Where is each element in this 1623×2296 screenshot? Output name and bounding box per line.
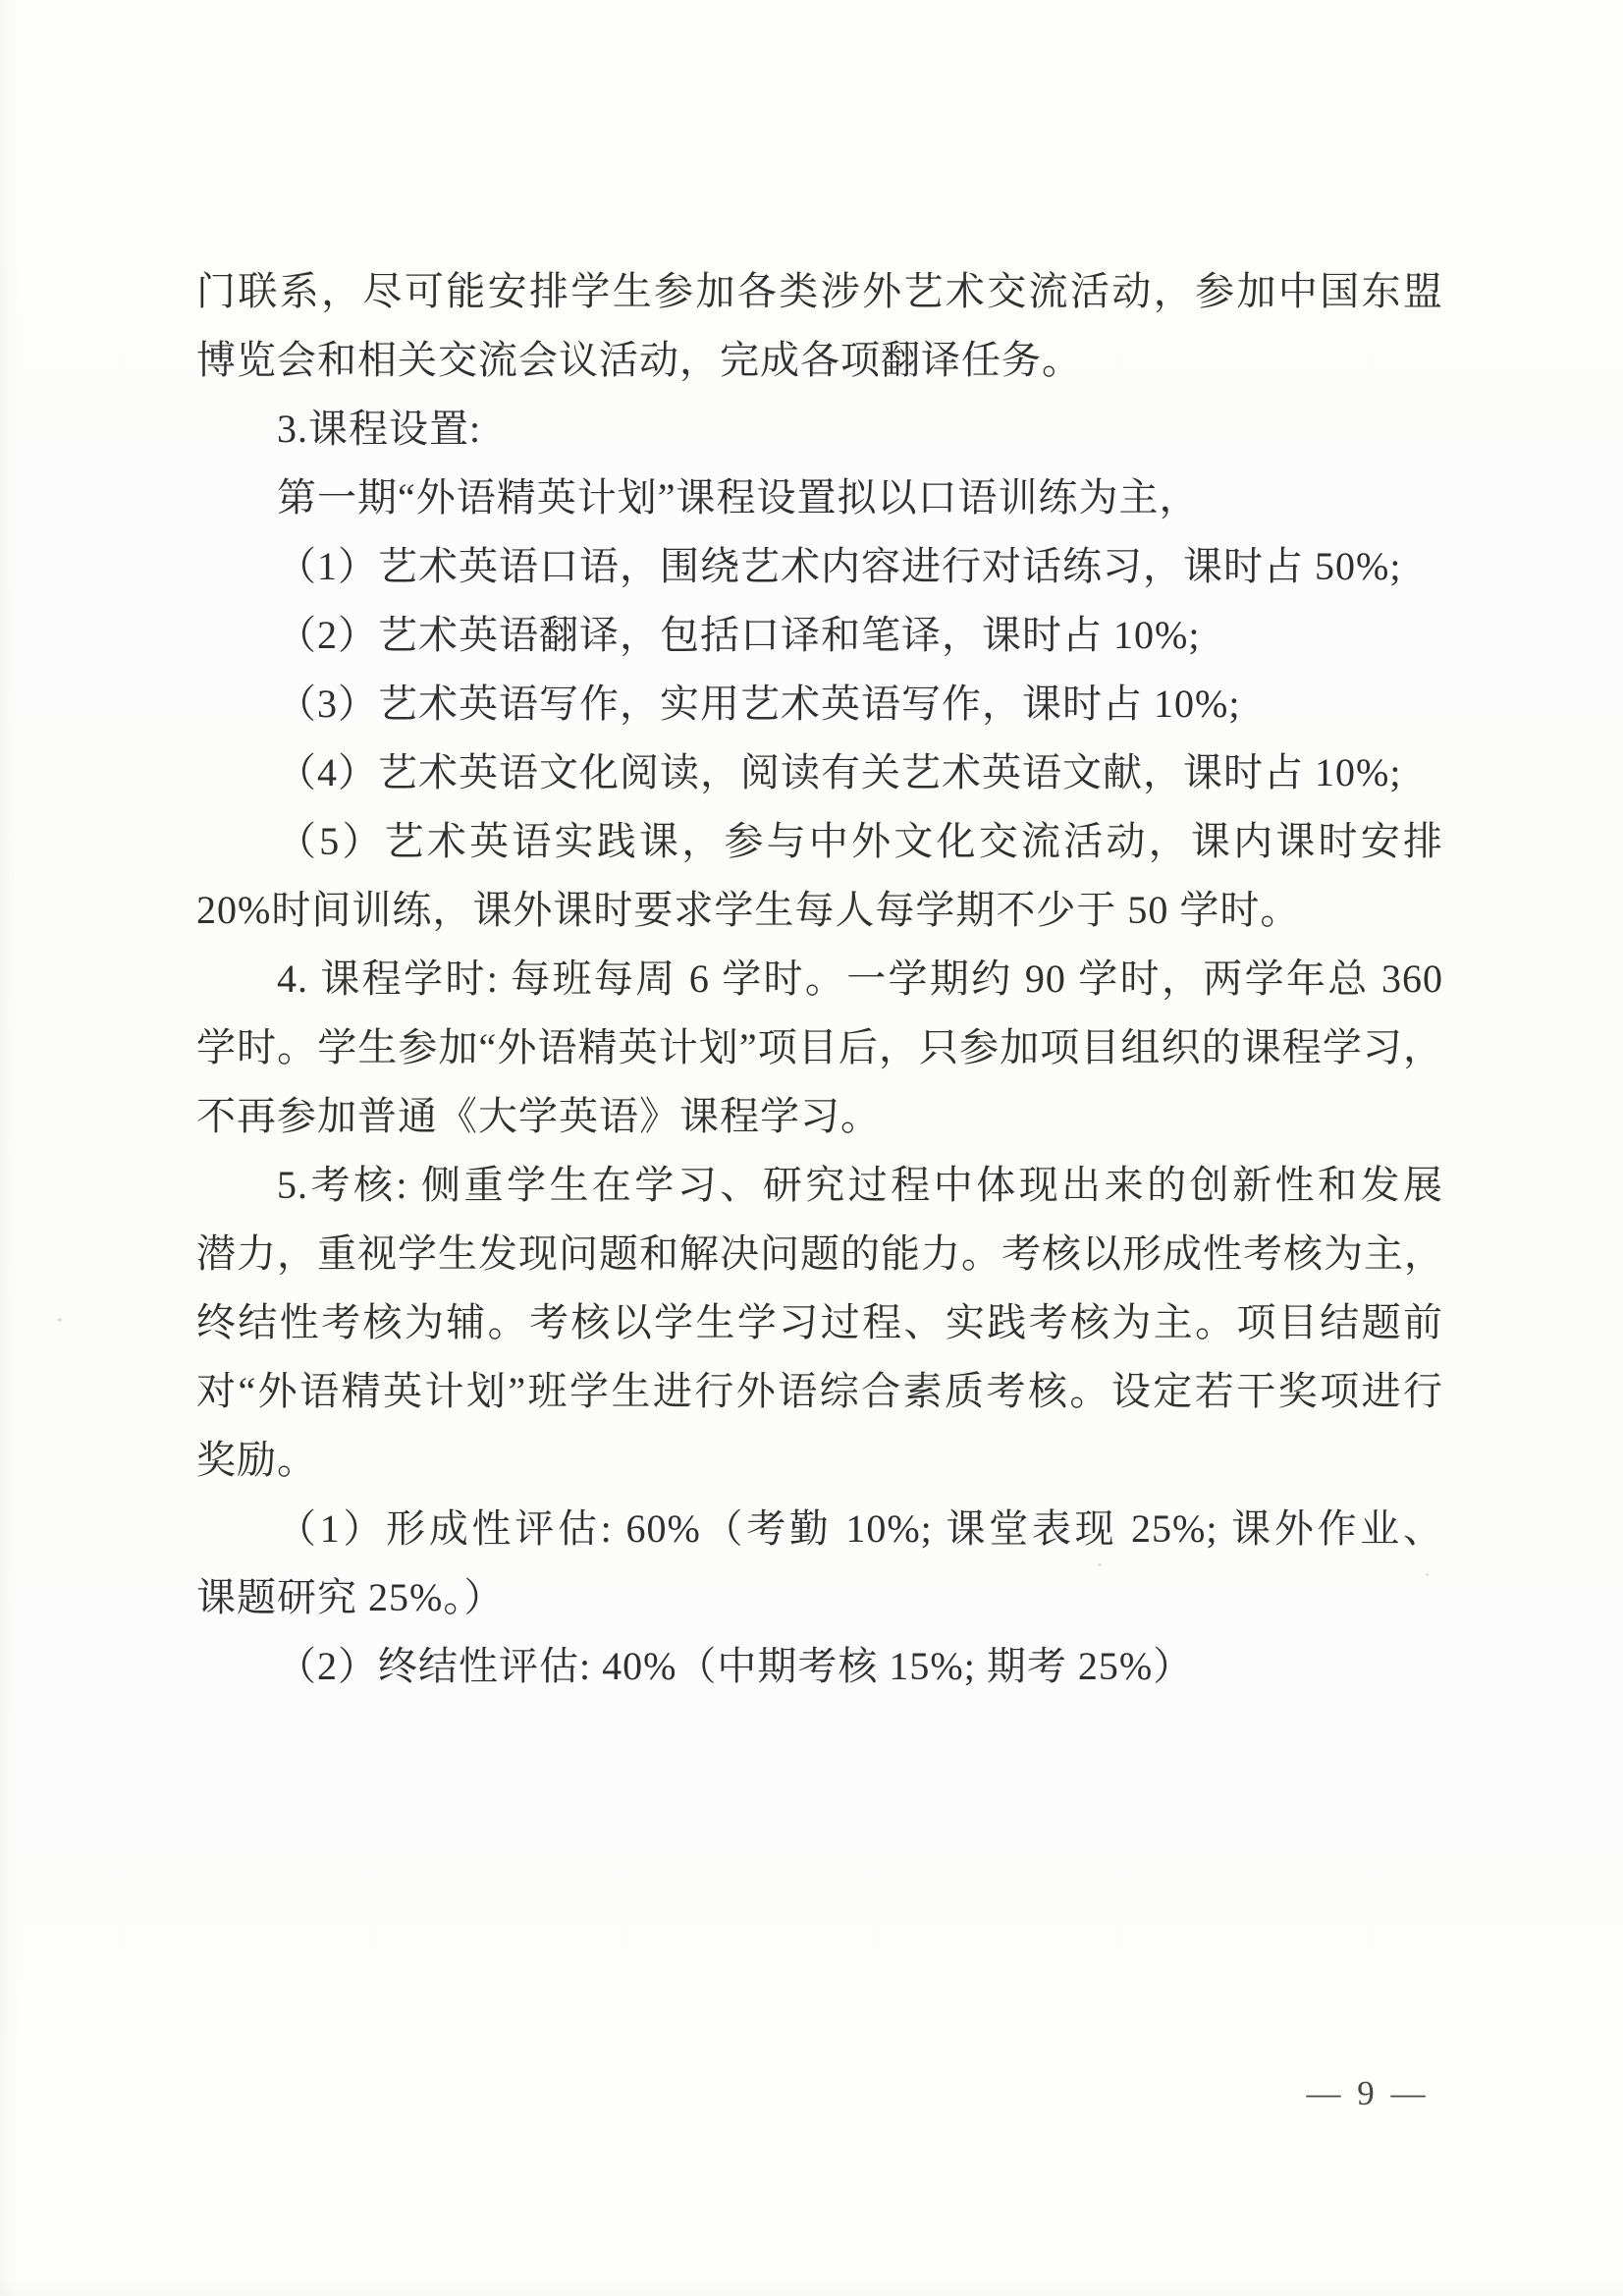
text-line: （2）终结性评估: 40%（中期考核 15%; 期考 25%） [196,1632,1443,1701]
document-body: 门联系，尽可能安排学生参加各类涉外艺术交流活动，参加中国东盟 博览会和相关交流会… [196,257,1443,1701]
scan-speck [1098,1563,1102,1566]
text-line: 门联系，尽可能安排学生参加各类涉外艺术交流活动，参加中国东盟 [196,257,1443,326]
text-line: 5.考核: 侧重学生在学习、研究过程中体现出来的创新性和发展 [196,1151,1443,1220]
scan-speck [1426,1573,1429,1576]
text-line: 学时。学生参加“外语精英计划”项目后，只参加项目组织的课程学习， [196,1013,1443,1082]
text-line: （3）艺术英语写作，实用艺术英语写作，课时占 10%; [196,670,1443,738]
text-line: 20%时间训练，课外课时要求学生每人每学期不少于 50 学时。 [196,876,1443,945]
text-line: （1）艺术英语口语，围绕艺术内容进行对话练习，课时占 50%; [196,532,1443,601]
text-line: 终结性考核为辅。考核以学生学习过程、实践考核为主。项目结题前 [196,1288,1443,1357]
text-line: （1）形成性评估: 60%（考勤 10%; 课堂表现 25%; 课外作业、 [196,1495,1443,1563]
text-line: 课题研究 25%。） [196,1563,1443,1632]
text-line: 对“外语精英计划”班学生进行外语综合素质考核。设定若干奖项进行 [196,1357,1443,1426]
text-line: 潜力，重视学生发现问题和解决问题的能力。考核以形成性考核为主， [196,1220,1443,1288]
text-line: （2）艺术英语翻译，包括口译和笔译，课时占 10%; [196,601,1443,670]
text-line: 4. 课程学时: 每班每周 6 学时。一学期约 90 学时，两学年总 360 [196,945,1443,1013]
document-page: 门联系，尽可能安排学生参加各类涉外艺术交流活动，参加中国东盟 博览会和相关交流会… [0,0,1623,2296]
page-number: — 9 — [1284,2074,1451,2113]
text-line: 奖励。 [196,1426,1443,1495]
scan-speck [57,1318,62,1322]
text-line: （4）艺术英语文化阅读，阅读有关艺术英语文献，课时占 10%; [196,738,1443,807]
text-line: 不再参加普通《大学英语》课程学习。 [196,1082,1443,1151]
text-line: （5）艺术英语实践课，参与中外文化交流活动，课内课时安排 [196,807,1443,876]
text-line: 博览会和相关交流会议活动，完成各项翻译任务。 [196,326,1443,395]
text-line: 第一期“外语精英计划”课程设置拟以口语训练为主， [196,464,1443,532]
text-line: 3.课程设置: [196,395,1443,464]
